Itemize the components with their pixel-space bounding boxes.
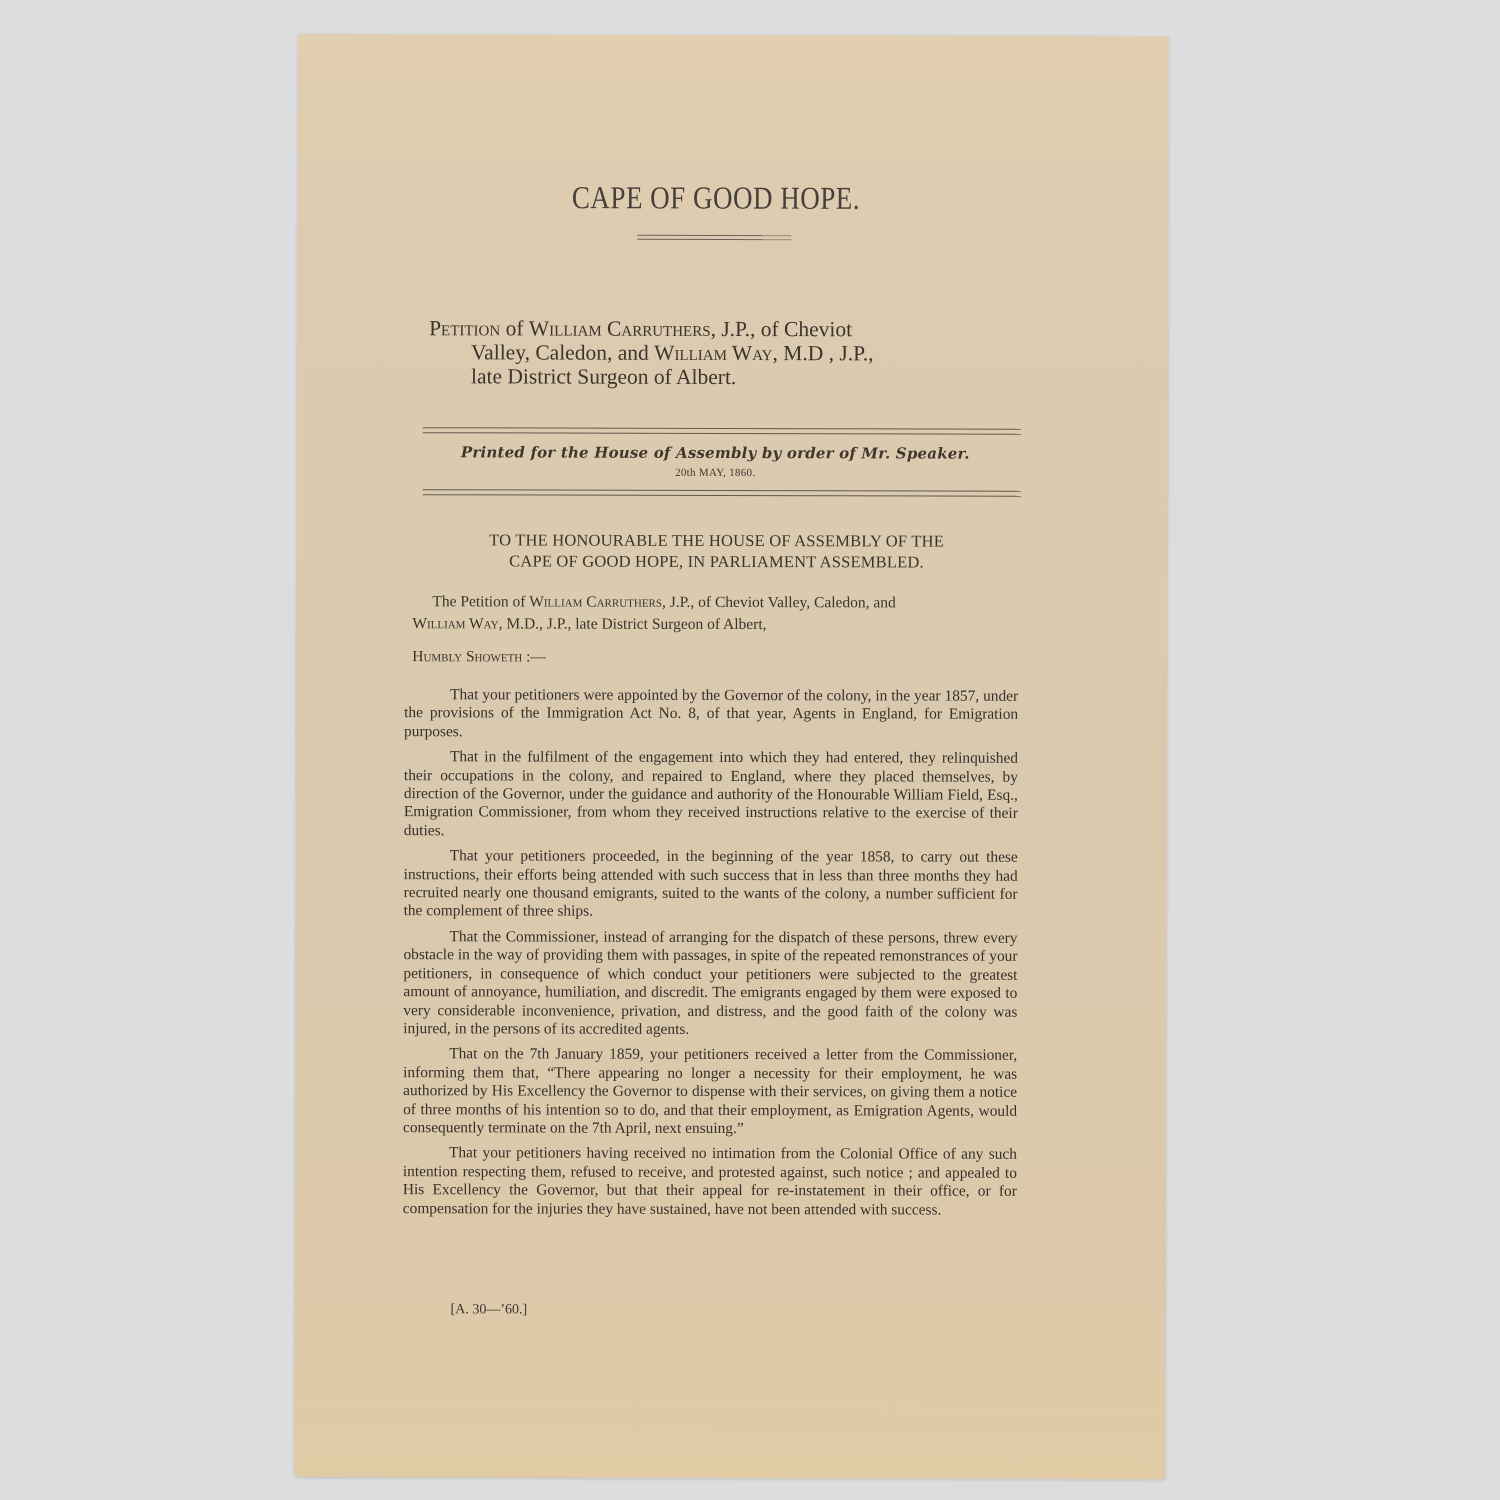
intro-line-2: William Way, M.D., J.P., late District S…: [412, 613, 1018, 637]
paragraph: That the Commissioner, instead of arrang…: [403, 928, 1017, 1040]
printed-by-line: Printed for the House of Assembly by ord…: [413, 443, 1018, 463]
intro-name-1: William Carruthers: [529, 593, 662, 610]
document-content: CAPE OF GOOD HOPE. Petition of William C…: [414, 34, 1019, 36]
heading-line-1-rest: , J.P., of Cheviot: [711, 317, 853, 341]
heading-line-2-start: Valley, Caledon, and: [471, 340, 654, 364]
heading-line-3: late District Surgeon of Albert.: [429, 364, 1019, 390]
heading-of: of: [500, 316, 529, 340]
paragraph: That in the fulfilment of the engagement…: [404, 748, 1018, 842]
petition-intro: The Petition of William Carruthers, J.P.…: [412, 591, 1018, 637]
address-line-2: CAPE OF GOOD HOPE, IN PARLIAMENT ASSEMBL…: [412, 550, 1020, 573]
heading-line-2-rest: , M.D , J.P.,: [772, 341, 873, 365]
address-line-1: TO THE HONOURABLE THE HOUSE OF ASSEMBLY …: [413, 529, 1021, 552]
rule-bottom: [423, 489, 1021, 497]
heading-line-2: Valley, Caledon, and William Way, M.D , …: [429, 340, 1019, 366]
date-line: 20th MAY, 1860.: [413, 466, 1018, 480]
intro-line-1: The Petition of William Carruthers, J.P.…: [412, 591, 1018, 615]
paragraph: That your petitioners were appointed by …: [404, 686, 1018, 743]
intro-prefix: The Petition of: [432, 593, 529, 610]
petition-body: That your petitioners were appointed by …: [403, 686, 1018, 1227]
rule-top: [423, 427, 1021, 435]
paragraph: That on the 7th January 1859, your petit…: [403, 1045, 1017, 1139]
heading-name-2: William Way: [654, 341, 772, 365]
heading-name-1: William Carruthers: [529, 316, 711, 340]
intro-mid-2: , M.D., J.P., late District Surgeon of A…: [499, 615, 767, 633]
title-rule: [637, 235, 791, 240]
paragraph: That your petitioners having received no…: [403, 1144, 1017, 1219]
document-title: CAPE OF GOOD HOPE.: [413, 179, 1018, 217]
heading-petition-word: Petition: [429, 316, 500, 340]
document-reference: [A. 30—’60.]: [451, 1302, 528, 1318]
humbly-showeth: Humbly Showeth :—: [412, 648, 546, 666]
intro-name-2: William Way: [412, 615, 498, 632]
intro-mid-1: , J.P., of Cheviot Valley, Caledon, and: [662, 594, 896, 612]
address-heading: TO THE HONOURABLE THE HOUSE OF ASSEMBLY …: [412, 529, 1020, 573]
paragraph: That your petitioners proceeded, in the …: [404, 847, 1018, 922]
heading-line-1: Petition of William Carruthers, J.P., of…: [429, 316, 1019, 342]
petition-heading: Petition of William Carruthers, J.P., of…: [429, 316, 1019, 390]
document-page: CAPE OF GOOD HOPE. Petition of William C…: [294, 34, 1169, 1479]
